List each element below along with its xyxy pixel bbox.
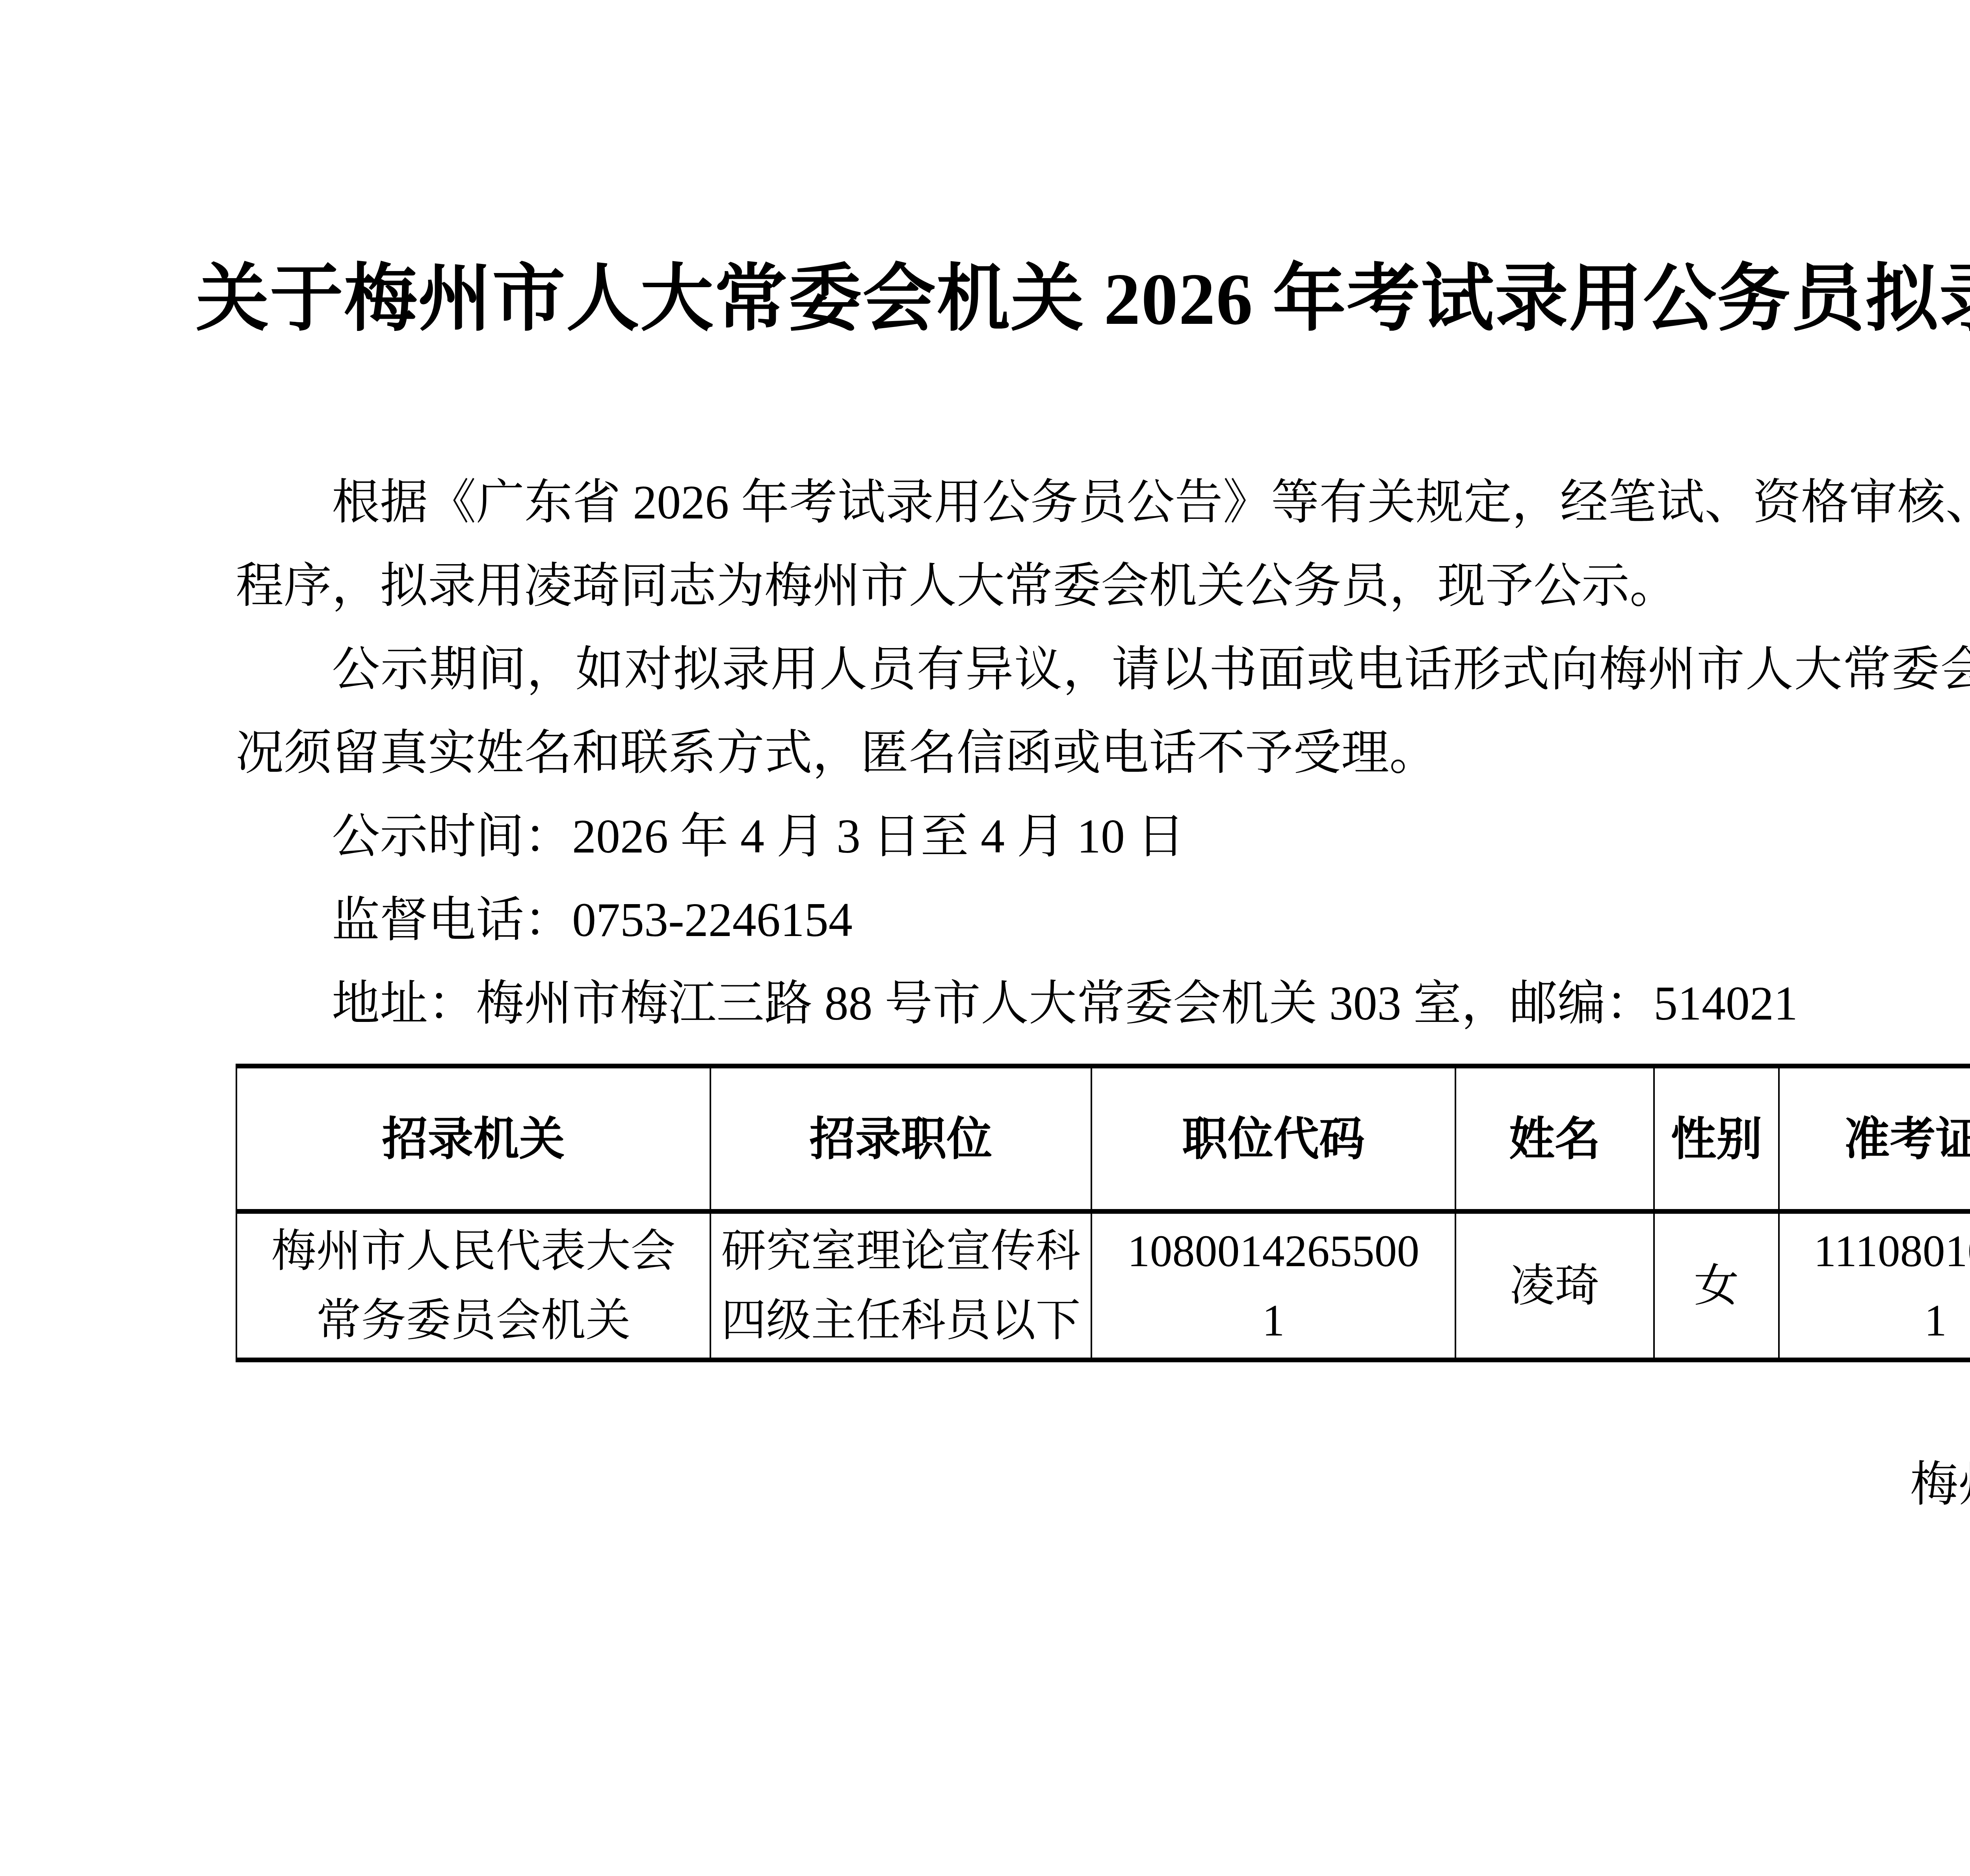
footer-date: 2026 年 4 月 2 日 xyxy=(0,1527,1970,1610)
cell-position-code: 1080014265500 1 xyxy=(1091,1211,1455,1360)
cell-recruiting-organ: 梅州市人民代表大会 常务委员会机关 xyxy=(236,1211,710,1360)
header-position: 招录职位 xyxy=(710,1066,1091,1211)
header-name: 姓名 xyxy=(1455,1066,1654,1211)
document-body: 根据《广东省 2026 年考试录用公务员公告》等有关规定，经笔试、资格审核、面试… xyxy=(236,461,1970,1046)
header-exam-ticket-no: 准考证号 xyxy=(1779,1066,1970,1211)
header-recruiting-organ: 招录机关 xyxy=(236,1066,710,1211)
line-publicity-period: 公示时间：2026 年 4 月 3 日至 4 月 10 日 xyxy=(236,795,1970,879)
table-data-row: 梅州市人民代表大会 常务委员会机关 研究室理论宣传科 四级主任科员以下 1080… xyxy=(236,1211,1970,1360)
table-header-row: 招录机关 招录职位 职位代码 姓名 性别 准考证号 毕业院校或 工作单位 xyxy=(236,1066,1970,1211)
cell-gender: 女 xyxy=(1654,1211,1779,1360)
cell-exam-ticket-no: 11108010362 1 xyxy=(1779,1211,1970,1360)
header-gender: 性别 xyxy=(1654,1066,1779,1211)
line-address: 地址：梅州市梅江三路 88 号市人大常委会机关 303 室，邮编：514021 xyxy=(236,962,1970,1046)
line-supervision-phone: 监督电话：0753-2246154 xyxy=(236,879,1970,962)
recruitment-table: 招录机关 招录职位 职位代码 姓名 性别 准考证号 毕业院校或 工作单位 梅州市… xyxy=(236,1064,1970,1362)
notice-document-page: 关于梅州市人大常委会机关 2026 年考试录用公务员拟录用人员的公示 根据《广东… xyxy=(0,0,1970,1876)
paragraph-objection-instructions: 公示期间，如对拟录用人员有异议，请以书面或电话形式向梅州市人大常委会办公室反映。… xyxy=(236,628,1970,795)
cell-name: 凌琦 xyxy=(1455,1211,1654,1360)
header-position-code: 职位代码 xyxy=(1091,1066,1455,1211)
signature-block: 梅州市人大常委会办公室 2026 年 4 月 2 日 xyxy=(0,1443,1970,1610)
footer-signature: 梅州市人大常委会办公室 xyxy=(0,1443,1970,1527)
cell-position: 研究室理论宣传科 四级主任科员以下 xyxy=(710,1211,1091,1360)
paragraph-basis: 根据《广东省 2026 年考试录用公务员公告》等有关规定，经笔试、资格审核、面试… xyxy=(236,461,1970,628)
document-title: 关于梅州市人大常委会机关 2026 年考试录用公务员拟录用人员的公示 xyxy=(0,0,1970,347)
